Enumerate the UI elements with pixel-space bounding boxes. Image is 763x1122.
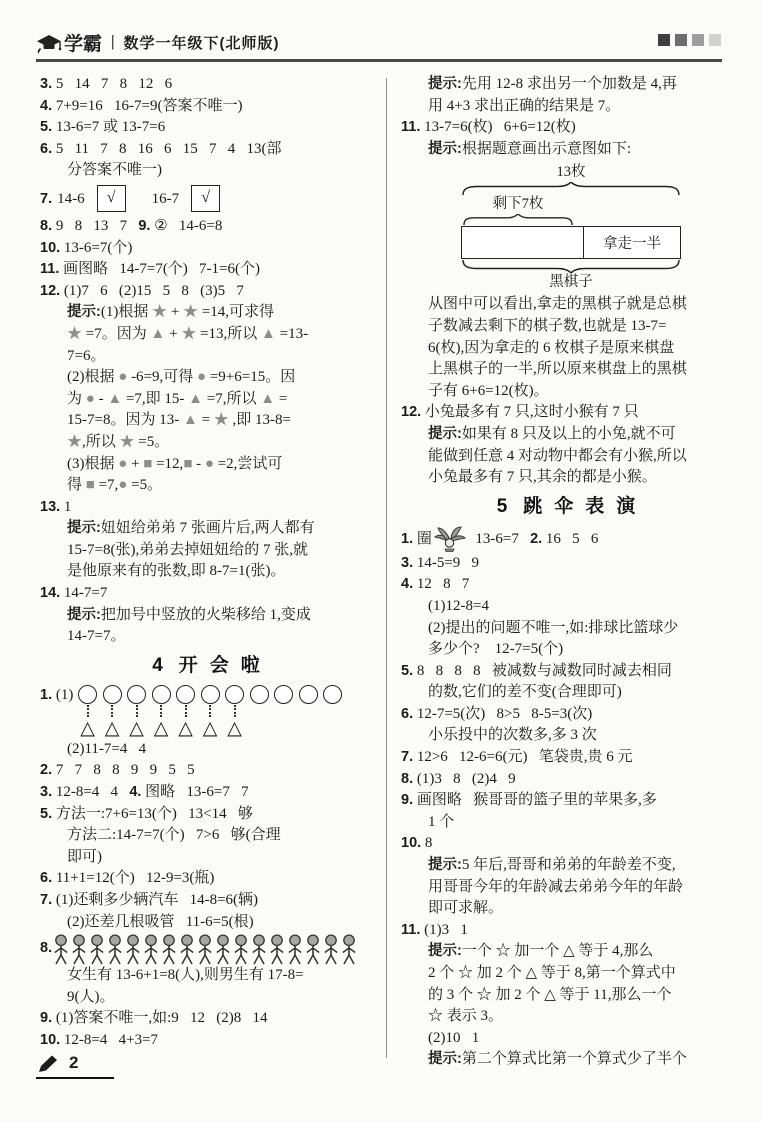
triangle-shape-outline: △ (75, 718, 100, 739)
answers-block: 3. 14-5=9 94. 12 8 7(1)12-8=4(2)提出的问题不唯一… (401, 553, 743, 1071)
item-number: 提示: (67, 304, 101, 320)
answer-text: 小乐投中的次数多,多 3 次 (428, 727, 597, 743)
circle-filled-icon: ● (118, 477, 127, 493)
item-number: 10. (40, 240, 60, 256)
answer-line: 提示:5 年后,哥哥和弟弟的年龄差不变, (401, 855, 743, 877)
item-number: 11. (401, 119, 420, 135)
answer-line: 2 个 ☆ 加 2 个 △ 等于 8,第一个算式中 (401, 963, 743, 985)
answer-text: 圈 (413, 526, 432, 552)
answer-line: 的数,它们的差不变(合理即可) (401, 682, 743, 704)
circle-plant-item: 1. 圈 13-6=7 2. 16 5 6 (401, 525, 743, 553)
answer-text: 14-5=9 9 (413, 555, 479, 571)
answer-line: 7. 12>6 12-6=6(元) 笔袋贵,贵 6 元 (401, 747, 743, 769)
answer-line: 6. 5 11 7 8 16 6 15 7 4 13(部 (40, 139, 384, 161)
level-squares (658, 34, 721, 46)
item-number: 2. (530, 526, 542, 552)
answer-text: (1)答案不唯一,如:9 12 (2)8 14 (52, 1010, 267, 1026)
diagram-bar: 拿走一半 (461, 226, 681, 259)
circle-shape-outline (271, 684, 296, 705)
answer-text: 9 8 13 7 (52, 218, 138, 234)
star-filled-icon: ★ (181, 326, 196, 342)
triangle-shape-outline: △ (198, 718, 223, 739)
diagram-bottom-label: 黑棋子 (459, 273, 683, 292)
answer-line: 14-7=7。 (40, 626, 384, 648)
answer-text: 小兔最多有 7 只,其余的都是小猴。 (428, 469, 657, 485)
answers-block: 女生有 13-6+1=8(人),则男生有 17-8=9(人)。9. (1)答案不… (40, 965, 384, 1051)
diagram-total-label: 13枚 (459, 163, 683, 182)
answer-line: 小乐投中的次数多,多 3 次 (401, 725, 743, 747)
answer-text: 用哥哥今年的年龄减去弟弟今年的年龄 (428, 879, 683, 895)
item-number: 提示: (428, 1051, 462, 1067)
right-column: 提示:先用 12-8 求出另一个加数是 4,再用 4+3 求出正确的结果是 7。… (401, 74, 743, 1071)
answer-line: 子有 6+6=12(枚)。 (401, 381, 743, 403)
answer-text: 15-7=8(张),弟弟去掉妞妞给的 7 张,就 (67, 542, 308, 558)
answer-line: 方法二:14-7=7(个) 7>6 够(合理 (40, 825, 384, 847)
answer-line: 5. 13-6=7 或 13-7=6 (40, 117, 384, 139)
triangle-shape-outline: △ (222, 718, 247, 739)
section-number: 4 (152, 655, 163, 676)
circles-triangles-diagram: △△△△△△△ (75, 684, 345, 739)
answer-text: ☆ 表示 3。 (428, 1008, 503, 1024)
answer-text: (1)根据 ★ + ★ =14,可求得 (101, 304, 274, 320)
answer-text: 12-8=4 4+3=7 (60, 1032, 158, 1048)
answer-line: (2)11-7=4 4 (40, 739, 384, 761)
triangles-row: △△△△△△△ (75, 718, 345, 739)
dotted-link (100, 705, 125, 718)
answer-line: 8. (1)3 8 (2)4 9 (401, 769, 743, 791)
answer-line: 子数减去剩下的棋子数,也就是 13-7= (401, 316, 743, 338)
item-number: 6. (40, 141, 52, 157)
answer-line: 11. 画图略 14-7=7(个) 7-1=6(个) (40, 259, 384, 281)
header-separator: | (111, 33, 115, 51)
answer-line: 是他原来有的张数,即 8-7=1(张)。 (40, 561, 384, 583)
triangle-filled-icon: ▲ (261, 326, 276, 342)
circle-shape-outline (124, 684, 149, 705)
circle-shape-outline (247, 684, 272, 705)
answer-line: 6. 11+1=12(个) 12-9=3(瓶) (40, 868, 384, 890)
answer-text: ★,所以 ★ =5。 (67, 434, 169, 450)
circle-filled-icon: ● (118, 369, 127, 385)
item-number: 提示: (67, 520, 101, 536)
level-square (658, 34, 670, 46)
square-filled-icon: ■ (183, 456, 192, 472)
answer-line: 9. (1)答案不唯一,如:9 12 (2)8 14 (40, 1008, 384, 1030)
star-filled-icon: ★ (152, 304, 167, 320)
stick-figure-icon (142, 934, 160, 965)
answer-line: 3. 5 14 7 8 12 6 (40, 74, 384, 96)
answer-text: (3)根据 ● + ■ =12,■ - ● =2,尝试可 (67, 456, 282, 472)
stick-figure-icon (250, 934, 268, 965)
star-filled-icon: ★ (120, 434, 135, 450)
checkbox-checked: √ (97, 185, 126, 212)
answer-text: 13-6=7(个) (60, 240, 132, 256)
dotted-link (222, 705, 247, 718)
diagram-left-label-wrap: 剩下7枚 (459, 195, 577, 225)
pencil-icon (36, 1054, 60, 1073)
triangle-shape-outline: △ (124, 718, 149, 739)
answer-text: 图略 13-6=7 7 (141, 784, 248, 800)
answer-line: 提示:把加号中竖放的火柴移给 1,变成 (40, 605, 384, 627)
item-number: 提示: (67, 607, 101, 623)
answer-text: 7 7 8 8 9 9 5 5 (52, 762, 195, 778)
answer-text: 14-7=7 (60, 585, 107, 601)
answer-line: 小兔最多有 7 只,其余的都是小猴。 (401, 467, 743, 489)
answer-text: 一个 ☆ 加一个 △ 等于 4,那么 (462, 943, 654, 959)
answer-text: 子有 6+6=12(枚)。 (428, 383, 549, 399)
square-filled-icon: ■ (143, 456, 152, 472)
stick-figures-row (52, 934, 358, 965)
answer-line: 10. 12-8=4 4+3=7 (40, 1030, 384, 1052)
item-number: 7. (40, 182, 52, 216)
section-5-title: 5跳伞表演 (401, 492, 743, 522)
brand-name: 学霸 (64, 29, 102, 56)
item-number: 7. (401, 749, 413, 765)
answer-text: 5 11 7 8 16 6 15 7 4 13(部 (52, 141, 281, 157)
overbrace-full (461, 182, 681, 195)
answers-block: 8. 9 8 13 7 9. ② 14-6=810. 13-6=7(个)11. … (40, 216, 384, 648)
answers-block: 从图中可以看出,拿走的黑棋子就是总棋子数减去剩下的棋子数,也就是 13-7=6(… (401, 294, 743, 488)
answer-text: 12-8=4 4 (52, 784, 129, 800)
sub-number: (1) (52, 687, 73, 703)
answer-line: 5. 8 8 8 8 被减数与减数同时减去相同 (401, 661, 743, 683)
answer-line: 13. 1 (40, 497, 384, 519)
answer-line: 为 ● - ▲ =7,即 15- ▲ =7,所以 ▲ = (40, 389, 384, 411)
answer-line: 3. 12-8=4 4 4. 图略 13-6=7 7 (40, 782, 384, 804)
answer-text: 8 8 8 8 被减数与减数同时减去相同 (413, 663, 672, 679)
item-number: 1. (401, 526, 413, 552)
star-filled-icon: ★ (67, 434, 82, 450)
answer-line: 提示:先用 12-8 求出另一个加数是 4,再 (401, 74, 743, 96)
answer-text: 13-7=6(枚) 6+6=12(枚) (420, 119, 575, 135)
item-number: 4. (401, 576, 413, 592)
item-number: 14. (40, 585, 60, 601)
answer-line: 6. 12-7=5(次) 8>5 8-5=3(次) (401, 704, 743, 726)
circles-triangles-item: 1. (1) △△△△△△△ (40, 684, 384, 739)
answer-text: 第二个算式比第一个算式少了半个 (462, 1051, 687, 1067)
item-number: 10. (401, 835, 421, 851)
answer-line: ★ =7。因为 ▲ + ★ =13,所以 ▲ =13- (40, 324, 384, 346)
answer-text: 11+1=12(个) 12-9=3(瓶) (52, 870, 214, 886)
answer-text: 7+9=16 16-7=9(答案不唯一) (52, 98, 242, 114)
answer-line: 提示:如果有 8 只及以上的小兔,就不可 (401, 424, 743, 446)
answer-text: 子数减去剩下的棋子数,也就是 13-7= (428, 318, 666, 334)
answer-text: 12>6 12-6=6(元) 笔袋贵,贵 6 元 (413, 749, 632, 765)
answer-line: 上黑棋子的一半,所以原来棋盘上的黑棋 (401, 359, 743, 381)
answer-text: 方法二:14-7=7(个) 7>6 够(合理 (67, 827, 281, 843)
answer-text: (1)还剩多少辆汽车 14-8=6(辆) (52, 892, 258, 908)
chess-pieces-diagram: 13枚 剩下7枚 拿走一半 黑棋子 (459, 163, 683, 292)
item-number: 提示: (428, 141, 462, 157)
answer-line: 的 3 个 ☆ 加 2 个 △ 等于 11,那么一个 (401, 985, 743, 1007)
circle-filled-icon: ● (118, 456, 127, 472)
answer-line: (2)10 1 (401, 1028, 743, 1050)
answer-line: 即可) (40, 847, 384, 869)
answer-text: 14-7=7。 (67, 628, 125, 644)
answers-block: (2)11-7=4 42. 7 7 8 8 9 9 5 53. 12-8=4 4… (40, 739, 384, 933)
answer-line: (3)根据 ● + ■ =12,■ - ● =2,尝试可 (40, 454, 384, 476)
brand-logo: 学霸 (36, 29, 102, 56)
stick-figure-icon (286, 934, 304, 965)
dotted-link (75, 705, 100, 718)
stick-figure-icon (340, 934, 358, 965)
answer-line: 7. (1)还剩多少辆汽车 14-8=6(辆) (40, 890, 384, 912)
answer-line: 1 个 (401, 812, 743, 834)
stick-figures-item: 8. (40, 933, 384, 965)
answer-text: 小兔最多有 7 只,这时小猴有 7 只 (421, 404, 639, 420)
triangle-filled-icon: ▲ (260, 391, 275, 407)
answer-text: 的 3 个 ☆ 加 2 个 △ 等于 11,那么一个 (428, 987, 671, 1003)
answer-text: 5 年后,哥哥和弟弟的年龄差不变, (462, 857, 676, 873)
item-number: 8. (40, 218, 52, 234)
level-square (709, 34, 721, 46)
dotted-link (173, 705, 198, 718)
left-column: 3. 5 14 7 8 12 64. 7+9=16 16-7=9(答案不唯一)5… (40, 74, 384, 1052)
item-number: 13. (40, 499, 60, 515)
answer-text: 即可求解。 (428, 900, 503, 916)
radish-icon (434, 525, 466, 552)
diagram-bar-right-cell: 拿走一半 (583, 227, 680, 258)
item-number: 10. (40, 1032, 60, 1048)
stick-figure-icon (214, 934, 232, 965)
answer-line: 9. 画图略 猴哥哥的篮子里的苹果多,多 (401, 790, 743, 812)
answer-text: 方法一:7+6=13(个) 13<14 够 (52, 806, 253, 822)
answer-text: 为 ● - ▲ =7,即 15- ▲ =7,所以 ▲ = (67, 391, 287, 407)
answer-line: 7=6。 (40, 346, 384, 368)
item-number: 9. (401, 792, 413, 808)
answer-line: 提示:(1)根据 ★ + ★ =14,可求得 (40, 302, 384, 324)
answer-line: 12. 小兔最多有 7 只,这时小猴有 7 只 (401, 402, 743, 424)
item-number: 3. (40, 784, 52, 800)
answer-line: 女生有 13-6+1=8(人),则男生有 17-8= (40, 965, 384, 987)
circle-shape-outline (198, 684, 223, 705)
item-number: 11. (401, 922, 420, 938)
stick-figure-icon (160, 934, 178, 965)
circle-shape-outline (222, 684, 247, 705)
answer-line: (2)还差几根吸管 11-6=5(根) (40, 912, 384, 934)
level-square (692, 34, 704, 46)
item-number: 3. (401, 555, 413, 571)
answer-text: 妞妞给弟弟 7 张画片后,两人都有 (101, 520, 315, 536)
answer-text: 如果有 8 只及以上的小兔,就不可 (462, 426, 676, 442)
answer-line: 即可求解。 (401, 898, 743, 920)
answer-text: 12 8 7 (413, 576, 469, 592)
answer-text: 多少个? 12-7=5(个) (428, 641, 563, 657)
answer-text: 5 14 7 8 12 6 (52, 76, 172, 92)
item-number: 8. (401, 771, 413, 787)
answer-line: 6(枚),因为拿走的 6 枚棋子是原来棋盘 (401, 338, 743, 360)
answer-line: 5. 方法一:7+6=13(个) 13<14 够 (40, 804, 384, 826)
item-number: 12. (40, 283, 60, 299)
circle-shape-outline (75, 684, 100, 705)
answer-line: 4. 7+9=16 16-7=9(答案不唯一) (40, 96, 384, 118)
answer-text: 12-7=5(次) 8>5 8-5=3(次) (413, 706, 592, 722)
stick-figure-icon (268, 934, 286, 965)
item-number: 提示: (428, 943, 462, 959)
section-4-title: 4开会啦 (40, 651, 384, 681)
circle-filled-icon: ● (86, 391, 95, 407)
answer-line: 得 ■ =7,● =5。 (40, 475, 384, 497)
answer-text: (1)3 8 (2)4 9 (413, 771, 515, 787)
stick-figure-icon (106, 934, 124, 965)
answer-text: 是他原来有的张数,即 8-7=1(张)。 (67, 563, 285, 579)
circle-shape-outline (100, 684, 125, 705)
item-number: 5. (401, 663, 413, 679)
dotted-link (149, 705, 174, 718)
expression: 14-6 (57, 182, 85, 216)
page-header: 学霸 | 数学一年级下(北师版) (36, 26, 723, 58)
page-footer: 2 (36, 1053, 114, 1079)
circle-filled-icon: ● (205, 456, 214, 472)
answer-text: 9(人)。 (67, 989, 115, 1005)
answer-text: (2)11-7=4 4 (67, 741, 146, 757)
answer-text: 7=6。 (67, 348, 105, 364)
answer-text: (2)提出的问题不唯一,如:排球比篮球少 (428, 620, 678, 636)
answer-line: 9(人)。 (40, 987, 384, 1009)
answer-text: (2)根据 ● -6=9,可得 ● =9+6=15。因 (67, 369, 295, 385)
answer-line: 用 4+3 求出正确的结果是 7。 (401, 96, 743, 118)
answer-line: 15-7=8。因为 13- ▲ = ★ ,即 13-8= (40, 410, 384, 432)
answer-text: 上黑棋子的一半,所以原来棋盘上的黑棋 (428, 361, 687, 377)
answer-line: 3. 14-5=9 9 (401, 553, 743, 575)
answer-line: 12. (1)7 6 (2)15 5 8 (3)5 7 (40, 281, 384, 303)
circle-shape-outline (149, 684, 174, 705)
answer-text: 6(枚),因为拿走的 6 枚棋子是原来棋盘 (428, 340, 674, 356)
item-number: 6. (40, 870, 52, 886)
answer-text: 画图略 猴哥哥的篮子里的苹果多,多 (413, 792, 657, 808)
stick-figure-icon (304, 934, 322, 965)
answer-line: 10. 8 (401, 833, 743, 855)
square-filled-icon: ■ (86, 477, 95, 493)
answer-line: 提示:第二个算式比第一个算式少了半个 (401, 1049, 743, 1071)
item-number: 提示: (428, 857, 462, 873)
graduation-cap-icon (36, 34, 62, 56)
answer-text: 女生有 13-6+1=8(人),则男生有 17-8= (67, 967, 304, 983)
answer-line: 用哥哥今年的年龄减去弟弟今年的年龄 (401, 877, 743, 899)
stick-figure-icon (196, 934, 214, 965)
item-number: 7. (40, 892, 52, 908)
triangle-filled-icon: ▲ (183, 412, 198, 428)
answer-text: 8 (421, 835, 432, 851)
expression: 16-7 (152, 182, 180, 216)
answer-text: 分答案不唯一) (67, 162, 162, 178)
answer-line: (2)提出的问题不唯一,如:排球比篮球少 (401, 618, 743, 640)
answer-line: 4. 12 8 7 (401, 574, 743, 596)
answer-text: 16 5 6 (542, 526, 598, 552)
answer-text: 15-7=8。因为 13- ▲ = ★ ,即 13-8= (67, 412, 291, 428)
answer-line: 11. (1)3 1 (401, 920, 743, 942)
answer-line: 提示:妞妞给弟弟 7 张画片后,两人都有 (40, 518, 384, 540)
answer-text: 得 ■ =7,● =5。 (67, 477, 162, 493)
answer-line: (1)12-8=4 (401, 596, 743, 618)
item-number: 4. (129, 784, 141, 800)
item-number: 11. (40, 261, 59, 277)
answer-text: ★ =7。因为 ▲ + ★ =13,所以 ▲ =13- (67, 326, 308, 342)
level-square (675, 34, 687, 46)
dotted-link (198, 705, 223, 718)
answer-text: 即可) (67, 849, 102, 865)
triangle-shape-outline: △ (173, 718, 198, 739)
answer-line: 2. 7 7 8 8 9 9 5 5 (40, 760, 384, 782)
overbrace-left (462, 214, 574, 225)
item-number: 提示: (428, 76, 462, 92)
answer-line: 从图中可以看出,拿走的黑棋子就是总棋 (401, 294, 743, 316)
stick-figure-icon (232, 934, 250, 965)
dots-row (75, 705, 345, 718)
answer-line: 多少个? 12-7=5(个) (401, 639, 743, 661)
item-number: 5. (40, 806, 52, 822)
dotted-link (124, 705, 149, 718)
item-number: 9. (138, 218, 150, 234)
star-filled-icon: ★ (183, 304, 198, 320)
answer-text: (2)10 1 (428, 1030, 479, 1046)
answer-line: (2)根据 ● -6=9,可得 ● =9+6=15。因 (40, 367, 384, 389)
answer-line: 14. 14-7=7 (40, 583, 384, 605)
answer-text: 2 个 ☆ 加 2 个 △ 等于 8,第一个算式中 (428, 965, 676, 981)
answers-block: 3. 5 14 7 8 12 64. 7+9=16 16-7=9(答案不唯一)5… (40, 74, 384, 182)
circle-filled-icon: ● (197, 369, 206, 385)
answer-line: 8. 9 8 13 7 9. ② 14-6=8 (40, 216, 384, 238)
item-number: 12. (401, 404, 421, 420)
answer-text: (1)7 6 (2)15 5 8 (3)5 7 (60, 283, 244, 299)
answer-line: ★,所以 ★ =5。 (40, 432, 384, 454)
diagram-bar-left-cell (462, 227, 583, 258)
answer-line: 10. 13-6=7(个) (40, 238, 384, 260)
item-number: 9. (40, 1010, 52, 1026)
triangle-filled-icon: ▲ (188, 391, 203, 407)
item-prefix: 1. (1) (40, 684, 73, 706)
answer-line: 提示:根据题意画出示意图如下: (401, 139, 743, 161)
triangle-filled-icon: ▲ (150, 326, 165, 342)
answer-text: 根据题意画出示意图如下: (462, 141, 631, 157)
triangle-filled-icon: ▲ (107, 391, 122, 407)
answer-line: 提示:一个 ☆ 加一个 △ 等于 4,那么 (401, 941, 743, 963)
answer-line: 15-7=8(张),弟弟去掉妞妞给的 7 张,就 (40, 540, 384, 562)
answer-text: (1)12-8=4 (428, 598, 489, 614)
diagram-left-label: 剩下7枚 (459, 195, 577, 214)
answer-text: 能做到任意 4 对动物中都会有小猴,所以 (428, 448, 687, 464)
header-rule (36, 59, 722, 62)
stick-figure-icon (52, 934, 70, 965)
circle-shape-outline (320, 684, 345, 705)
answer-line: 能做到任意 4 对动物中都会有小猴,所以 (401, 446, 743, 468)
stick-figure-icon (322, 934, 340, 965)
stick-figure-icon (88, 934, 106, 965)
answer-text: 画图略 14-7=7(个) 7-1=6(个) (59, 261, 260, 277)
answer-text: 从图中可以看出,拿走的黑棋子就是总棋 (428, 296, 687, 312)
circle-shape-outline (296, 684, 321, 705)
answer-text: 13-6=7 (468, 526, 530, 552)
underbrace-full (461, 260, 681, 273)
circles-row (75, 684, 345, 705)
triangle-shape-outline: △ (149, 718, 174, 739)
column-divider (386, 78, 387, 1058)
answer-text: (1)3 1 (420, 922, 468, 938)
stick-figure-icon (70, 934, 88, 965)
section-number: 5 (497, 496, 508, 517)
checkbox-checked: √ (191, 185, 220, 212)
answer-line: ☆ 表示 3。 (401, 1006, 743, 1028)
answer-text: 把加号中竖放的火柴移给 1,变成 (101, 607, 311, 623)
triangle-shape-outline: △ (100, 718, 125, 739)
item-number: 5. (40, 119, 52, 135)
answer-text: 1 个 (428, 814, 454, 830)
check-item-7: 7. 14-6 √ 16-7 √ (40, 182, 384, 216)
item-number: 6. (401, 706, 413, 722)
star-filled-icon: ★ (67, 326, 82, 342)
item-number: 3. (40, 76, 52, 92)
star-filled-icon: ★ (214, 412, 229, 428)
item-number: 提示: (428, 426, 462, 442)
